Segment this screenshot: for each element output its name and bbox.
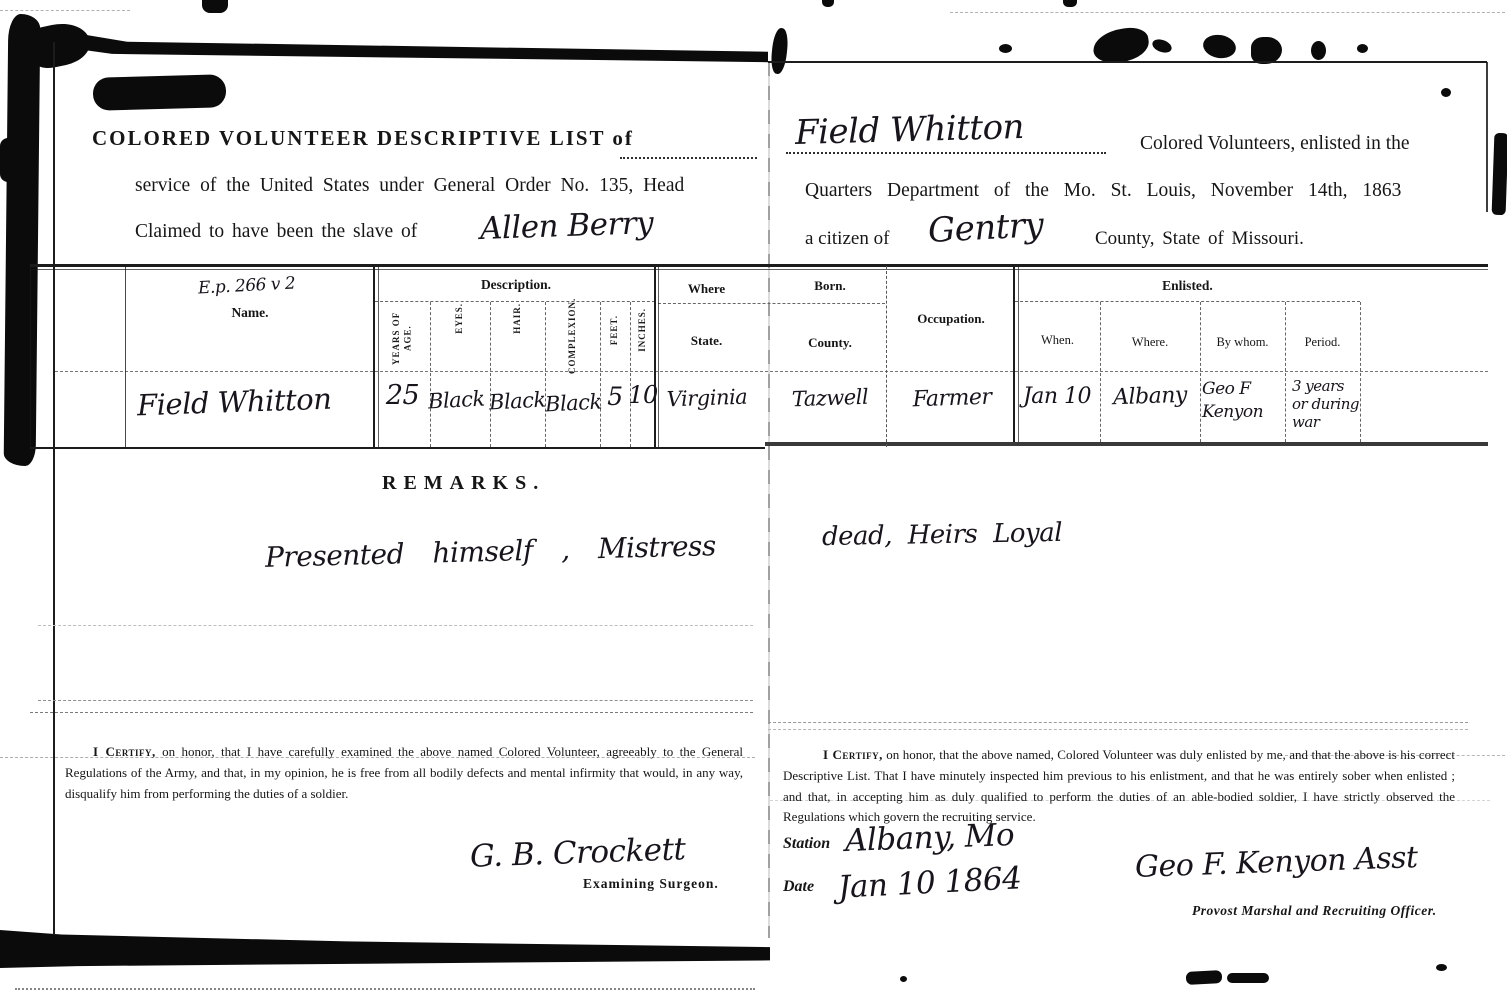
row-age-value: 25	[375, 380, 430, 411]
table-top-border-inner	[30, 269, 1488, 270]
ledger-annotation-handwritten: E.p. 266 v 2	[198, 273, 296, 298]
right-edge-speck	[1441, 88, 1451, 97]
col-header-enlisted-where: Where.	[1100, 335, 1200, 350]
right-header-line-2: Quarters Department of the Mo. St. Louis…	[805, 180, 1401, 202]
col-header-eyes-label: EYES.	[454, 303, 466, 334]
fold-ink-blot	[770, 27, 790, 74]
surgeon-cert-body: on honor, that I have carefully examined…	[65, 744, 743, 801]
bottom-ink-blot-1	[1186, 970, 1223, 985]
surgeon-title-label: Examining Surgeon.	[583, 876, 719, 892]
remarks-note-right-handwritten: dead, Heirs Loyal	[822, 518, 1063, 552]
row-period-line-3: war	[1292, 413, 1372, 431]
surgeon-certification-paragraph: I Certify, on honor, that I have careful…	[65, 742, 743, 804]
col-header-by-whom: By whom.	[1200, 335, 1285, 350]
row-occupation-value: Farmer	[892, 384, 1013, 413]
col-header-county: County.	[775, 335, 885, 351]
document-title: COLORED VOLUNTEER DESCRIPTIVE LIST of	[92, 126, 634, 151]
col-header-feet: FEET.	[600, 315, 630, 373]
scanned-descriptive-list-document: COLORED VOLUNTEER DESCRIPTIVE LIST of se…	[0, 0, 1507, 995]
scan-bottom-band	[0, 930, 770, 968]
col-header-age-label: YEARS OF AGE.	[391, 303, 414, 373]
table-bottom-border-right	[765, 442, 1488, 446]
group-header-enlisted: Enlisted.	[1015, 278, 1360, 294]
header-line-2: service of the United States under Gener…	[135, 175, 684, 197]
col-header-name: Name.	[125, 305, 375, 321]
col-header-feet-label: FEET.	[609, 315, 621, 345]
scan-edge-band-left	[4, 14, 41, 466]
col-header-inches: INCHES.	[630, 308, 655, 373]
top-ink-speck-2	[1357, 44, 1368, 53]
officer-signature-handwritten: Geo F. Kenyon Asst	[1134, 840, 1418, 885]
row-enlisted-where-value: Albany	[1100, 382, 1201, 410]
bottom-ink-blot-2	[1227, 973, 1269, 983]
slave-owner-name-handwritten: Allen Berry	[479, 205, 653, 247]
name-dotted-leader	[786, 152, 1106, 154]
officer-cert-lead: I Certify,	[823, 747, 883, 762]
col-header-complexion-label: COMPLEXION.	[567, 300, 579, 374]
col-header-hair: HAIR.	[490, 303, 545, 373]
right-page-top-border	[768, 61, 1487, 63]
ruled-line-left-1	[38, 625, 753, 626]
row-by-whom-line-2: Kenyon	[1202, 402, 1287, 422]
table-vline-left-stub	[30, 266, 31, 447]
top-ink-speck-3	[1151, 37, 1174, 55]
ruled-line-right-2	[768, 729, 1468, 730]
redaction-blot	[93, 74, 227, 110]
row-hair-value: Black	[488, 388, 546, 415]
date-value-handwritten: Jan 10 1864	[837, 860, 1022, 906]
bottom-ink-speck-2	[1436, 964, 1447, 971]
right-page-right-border	[1486, 62, 1488, 212]
col-header-state: State.	[658, 333, 755, 349]
col-header-period: Period.	[1285, 335, 1360, 350]
table-vline-where-right	[1200, 302, 1201, 442]
table-top-border	[30, 264, 1488, 267]
top-scan-dashes-left	[0, 10, 130, 11]
county-name-handwritten: Gentry	[927, 205, 1044, 251]
center-fold-line	[768, 62, 770, 938]
col-header-complexion: COMPLEXION.	[545, 300, 600, 374]
table-vline-when-right	[1100, 302, 1101, 442]
col-header-eyes: EYES.	[430, 303, 490, 373]
bottom-dotted-line	[15, 988, 755, 990]
top-edge-mark-2	[822, 0, 834, 7]
row-feet-value: 5	[600, 382, 630, 411]
scan-top-band-left-page	[55, 28, 768, 64]
station-label: Station	[783, 835, 830, 853]
bottom-ink-speck-1	[900, 976, 907, 982]
right-header-line-3b: County, State of Missouri.	[1095, 228, 1304, 250]
col-header-inches-label: INCHES.	[637, 308, 649, 352]
row-period-value: 3 years or during war	[1292, 377, 1372, 431]
col-header-when: When.	[1015, 333, 1100, 348]
right-header-line-1: Colored Volunteers, enlisted in the	[1140, 133, 1410, 155]
row-by-whom-line-1: Geo F	[1202, 379, 1287, 399]
top-ink-blot-4	[1311, 41, 1326, 60]
table-subheader-underline	[55, 371, 1488, 372]
row-born-state-value: Virginia	[658, 384, 757, 411]
remarks-title: REMARKS.	[382, 472, 545, 495]
row-period-line-1: 3 years	[1292, 377, 1372, 395]
title-dotted-leader	[620, 157, 757, 159]
row-born-county-value: Tazwell	[776, 384, 885, 412]
top-edge-mark-3	[1063, 0, 1077, 7]
top-ink-blot-1	[1091, 25, 1151, 65]
whereborn-group-underline	[658, 303, 885, 304]
scan-edge-band-left-2	[0, 138, 28, 182]
top-ink-blot-2	[1201, 32, 1237, 60]
group-header-description: Description.	[377, 277, 655, 293]
ruled-line-left-3	[30, 712, 753, 713]
row-inches-value: 10	[628, 381, 658, 409]
left-page-left-border	[53, 42, 55, 935]
col-header-hair-label: HAIR.	[512, 303, 524, 334]
surgeon-cert-lead: I Certify,	[93, 744, 156, 759]
group-header-where: Where	[658, 281, 755, 297]
top-ink-speck-1	[999, 44, 1012, 53]
officer-certification-paragraph: I Certify, on honor, that the above name…	[783, 745, 1455, 828]
enlisted-group-underline	[1015, 301, 1360, 302]
row-eyes-value: Black	[427, 387, 485, 414]
group-header-born: Born.	[775, 278, 885, 294]
remarks-note-left-handwritten: Presented himself , Mistress	[265, 529, 717, 574]
description-group-underline	[375, 301, 655, 302]
row-name-value: Field Whitton	[136, 382, 331, 423]
right-header-line-3a: a citizen of	[805, 228, 889, 250]
table-vline-name-left	[125, 266, 126, 447]
right-edge-mark	[1492, 133, 1507, 215]
header-line-3: Claimed to have been the slave of	[135, 221, 417, 243]
table-bottom-border-left	[30, 447, 765, 449]
top-edge-mark-1	[202, 0, 228, 13]
officer-title-label: Provost Marshal and Recruiting Officer.	[1192, 903, 1437, 919]
officer-cert-body: on honor, that the above named, Colored …	[783, 747, 1455, 824]
surgeon-signature-handwritten: G. B. Crockett	[469, 831, 686, 874]
col-header-age: YEARS OF AGE.	[375, 303, 430, 373]
row-period-line-2: or during	[1292, 395, 1372, 413]
row-complexion-value: Black	[544, 390, 602, 417]
top-ink-blot-3	[1251, 37, 1282, 64]
volunteer-name-handwritten: Field Whitton	[795, 107, 1025, 153]
ruled-line-left-2	[38, 700, 753, 701]
date-label: Date	[783, 878, 814, 896]
table-vline-county-right	[886, 266, 887, 447]
col-header-occupation: Occupation.	[890, 311, 1012, 327]
row-enlisted-when-value: Jan 10	[1016, 384, 1098, 409]
station-value-handwritten: Albany, Mo	[844, 817, 1014, 859]
ruled-line-right-1	[768, 722, 1468, 723]
top-scan-dashes	[950, 12, 1505, 13]
row-by-whom-value: Geo F Kenyon	[1202, 379, 1287, 422]
